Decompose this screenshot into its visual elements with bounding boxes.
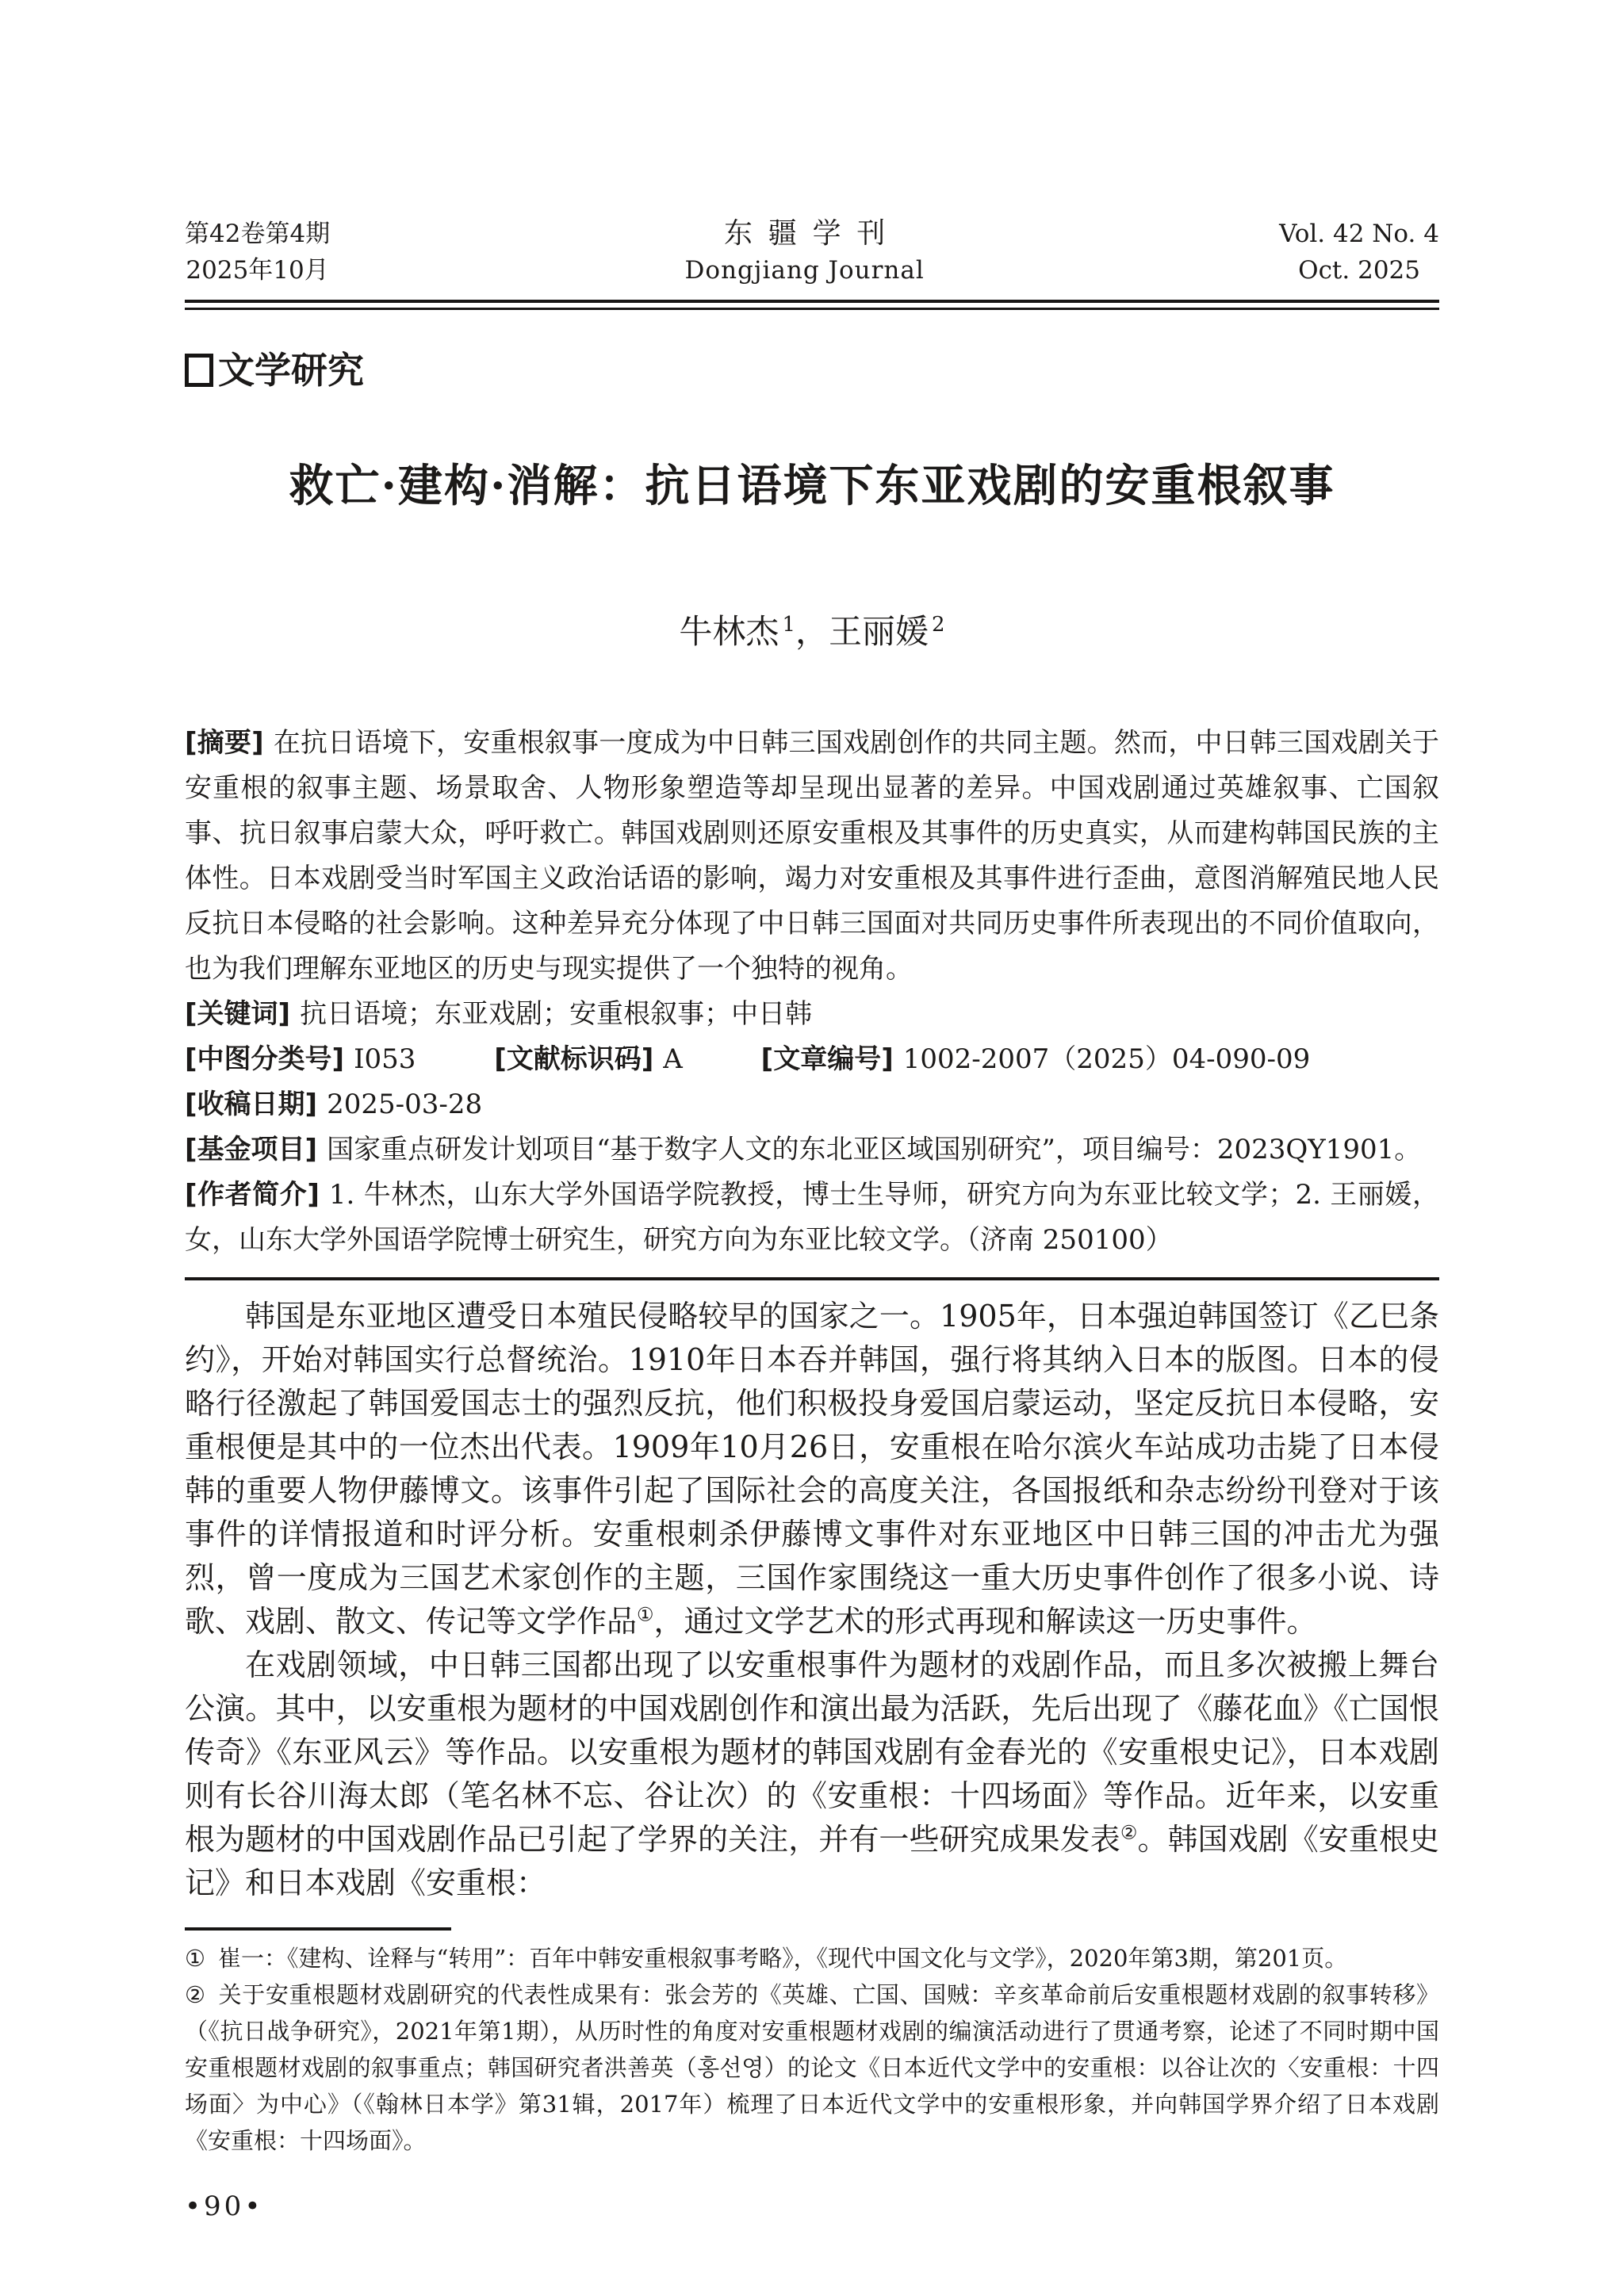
page-number: •90• (185, 2191, 1439, 2222)
journal-title-en: Dongjiang Journal (685, 252, 925, 289)
section-label: 文学研究 (218, 350, 364, 391)
doc-code-pair: [文献标识码]A (494, 1043, 683, 1075)
footnote-text: 崔一：《建构、诠释与“转用”：百年中韩安重根叙事考略》，《现代中国文化与文学》，… (218, 1945, 1347, 1972)
fund-project: [基金项目]国家重点研发计划项目“基于数字人文的东北亚区域国别研究”，项目编号：… (185, 1127, 1439, 1173)
received-value: 2025-03-28 (327, 1089, 482, 1120)
clc-label: [中图分类号] (185, 1043, 344, 1075)
author-superscript: 2 (932, 613, 945, 637)
body-paragraph: 韩国是东亚地区遭受日本殖民侵略较早的国家之一。1905年，日本强迫韩国签订《乙巳… (185, 1295, 1439, 1644)
date-en: Oct. 2025 (1279, 252, 1439, 289)
footnotes: ①崔一：《建构、诠释与“转用”：百年中韩安重根叙事考略》，《现代中国文化与文学》… (185, 1940, 1439, 2159)
footnote-item: ②关于安重根题材戏剧研究的代表性成果有：张会芳的《英雄、亡国、国贼：辛亥革命前后… (185, 1976, 1439, 2159)
fund-text: 国家重点研发计划项目“基于数字人文的东北亚区域国别研究”，项目编号：2023QY… (327, 1134, 1421, 1165)
meta-block: [摘要]在抗日语境下，安重根叙事一度成为中日韩三国戏剧创作的共同主题。然而，中日… (185, 721, 1439, 1263)
author-name: 牛林杰 (679, 612, 779, 651)
body-paragraph: 在戏剧领域，中日韩三国都出现了以安重根事件为题材的戏剧作品，而且多次被搬上舞台公… (185, 1644, 1439, 1905)
journal-page: 第42卷第4期 2025年10月 东疆学刊 Dongjiang Journal … (0, 0, 1624, 2296)
authors-line: 牛林杰1，王丽媛2 (185, 611, 1439, 652)
paragraph-text: 韩国是东亚地区遭受日本殖民侵略较早的国家之一。1905年，日本强迫韩国签订《乙巳… (185, 1299, 1439, 1639)
article-body: 韩国是东亚地区遭受日本殖民侵略较早的国家之一。1905年，日本强迫韩国签订《乙巳… (185, 1295, 1439, 1905)
journal-header: 第42卷第4期 2025年10月 东疆学刊 Dongjiang Journal … (185, 216, 1439, 289)
classification-line: [中图分类号]I053 [文献标识码]A [文章编号]1002-2007（202… (185, 1037, 1439, 1082)
fund-label: [基金项目] (185, 1134, 317, 1165)
keywords-label: [关键词] (185, 998, 290, 1030)
received-date: [收稿日期]2025-03-28 (185, 1082, 1439, 1127)
footnote-text: 关于安重根题材戏剧研究的代表性成果有：张会芳的《英雄、亡国、国贼：辛亥革命前后安… (185, 1981, 1439, 2154)
header-right: Vol. 42 No. 4 Oct. 2025 (1279, 216, 1439, 289)
footnote-separator (185, 1927, 451, 1931)
date-cn: 2025年10月 (185, 252, 330, 289)
volume-issue-en: Vol. 42 No. 4 (1279, 216, 1439, 252)
footnote-item: ①崔一：《建构、诠释与“转用”：百年中韩安重根叙事考略》，《现代中国文化与文学》… (185, 1940, 1439, 1976)
doc-code-label: [文献标识码] (494, 1043, 653, 1075)
paragraph-text: ，通过文学艺术的形式再现和解读这一历史事件。 (654, 1604, 1317, 1639)
article-title: 救亡·建构·消解：抗日语境下东亚戏剧的安重根叙事 (185, 459, 1439, 513)
author-bio: [作者简介]1. 牛林杰，山东大学外国语学院教授，博士生导师，研究方向为东亚比较… (185, 1173, 1439, 1263)
author-separator: ， (795, 612, 829, 651)
volume-issue-cn: 第42卷第4期 (185, 216, 330, 252)
footnote-marker: ② (185, 1981, 206, 2008)
author-name: 王丽媛 (829, 612, 929, 651)
footnote-ref: ② (1120, 1821, 1138, 1843)
article-id-pair: [文章编号]1002-2007（2025）04-090-09 (761, 1043, 1311, 1075)
section-square-icon (185, 354, 213, 387)
article-id-label: [文章编号] (761, 1043, 894, 1075)
bio-label: [作者简介] (185, 1179, 320, 1211)
footnote-ref: ① (637, 1603, 654, 1625)
clc-pair: [中图分类号]I053 (185, 1043, 416, 1075)
bio-text: 1. 牛林杰，山东大学外国语学院教授，博士生导师，研究方向为东亚比较文学；2. … (185, 1179, 1439, 1256)
abstract-label: [摘要] (185, 727, 264, 759)
header-left: 第42卷第4期 2025年10月 (185, 216, 330, 289)
meta-body-divider (185, 1277, 1439, 1280)
abstract: [摘要]在抗日语境下，安重根叙事一度成为中日韩三国戏剧创作的共同主题。然而，中日… (185, 721, 1439, 992)
section-marker: 文学研究 (185, 350, 1439, 391)
author-superscript: 1 (782, 613, 795, 637)
keywords-text: 抗日语境；东亚戏剧；安重根叙事；中日韩 (300, 998, 812, 1030)
article-id-value: 1002-2007（2025）04-090-09 (903, 1043, 1310, 1075)
header-center: 东疆学刊 Dongjiang Journal (685, 216, 925, 289)
footnote-marker: ① (185, 1945, 205, 1972)
clc-value: I053 (354, 1043, 416, 1075)
header-double-rule (185, 300, 1439, 310)
received-label: [收稿日期] (185, 1089, 317, 1120)
keywords: [关键词]抗日语境；东亚戏剧；安重根叙事；中日韩 (185, 992, 1439, 1037)
abstract-text: 在抗日语境下，安重根叙事一度成为中日韩三国戏剧创作的共同主题。然而，中日韩三国戏… (185, 727, 1439, 985)
journal-title-cn: 东疆学刊 (685, 216, 925, 252)
doc-code-value: A (663, 1043, 683, 1075)
